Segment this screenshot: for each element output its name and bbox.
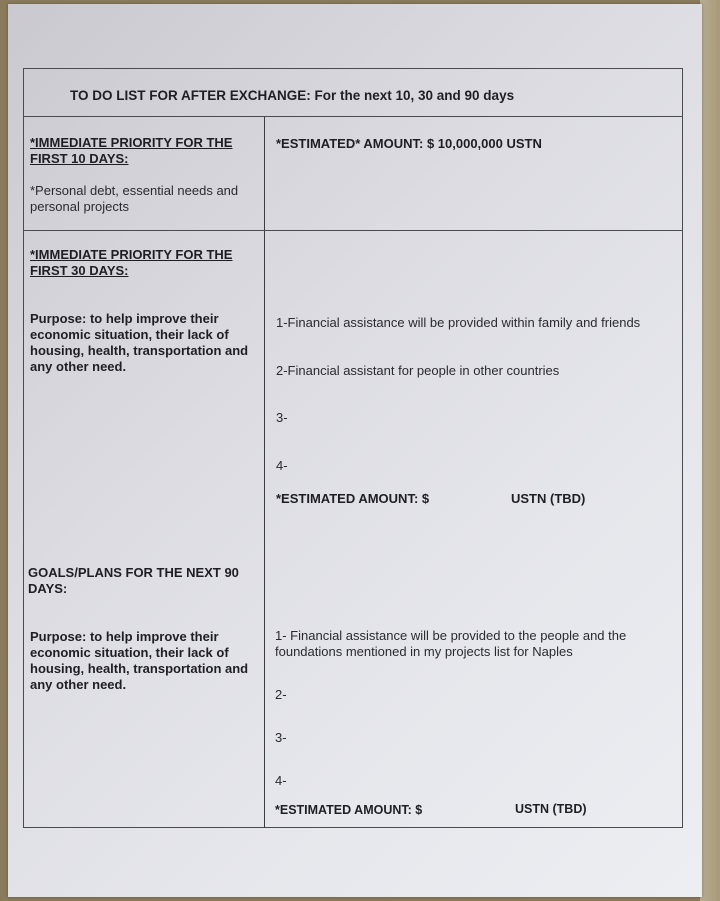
section-30-item-4: 4-: [276, 458, 676, 474]
section-90-item-2: 2-: [275, 687, 675, 703]
section-90-item-1: 1- Financial assistance will be provided…: [275, 628, 670, 660]
section-30-item-2: 2-Financial assistant for people in othe…: [276, 363, 676, 379]
section-30-heading: *IMMEDIATE PRIORITY FOR THE FIRST 30 DAY…: [30, 247, 262, 279]
section-10-heading: *IMMEDIATE PRIORITY FOR THE FIRST 10 DAY…: [30, 135, 262, 167]
section-90-item-3: 3-: [275, 730, 675, 746]
paper-sheet: TO DO LIST FOR AFTER EXCHANGE: For the n…: [8, 4, 702, 897]
section-90-purpose: Purpose: to help improve their economic …: [30, 629, 262, 693]
section-90-estimate-label: *ESTIMATED AMOUNT: $: [275, 802, 422, 818]
row-divider: [24, 230, 682, 231]
title-row: TO DO LIST FOR AFTER EXCHANGE: For the n…: [24, 69, 682, 117]
section-30-item-1: 1-Financial assistance will be provided …: [276, 315, 676, 331]
section-30-estimate-value: USTN (TBD): [511, 491, 585, 507]
section-10-estimate: *ESTIMATED* AMOUNT: $ 10,000,000 USTN: [276, 136, 676, 152]
section-90-heading: GOALS/PLANS FOR THE NEXT 90 DAYS:: [28, 565, 260, 597]
section-10-description: *Personal debt, essential needs and pers…: [30, 183, 262, 215]
section-90-item-4: 4-: [275, 773, 675, 789]
column-divider: [264, 117, 265, 828]
todo-table: TO DO LIST FOR AFTER EXCHANGE: For the n…: [23, 68, 683, 828]
section-30-estimate-label: *ESTIMATED AMOUNT: $: [276, 491, 429, 507]
background-surface: [700, 0, 720, 901]
section-30-item-3: 3-: [276, 410, 676, 426]
section-30-purpose: Purpose: to help improve their economic …: [30, 311, 262, 375]
document-title: TO DO LIST FOR AFTER EXCHANGE: For the n…: [70, 88, 514, 103]
section-90-estimate-value: USTN (TBD): [515, 801, 587, 817]
